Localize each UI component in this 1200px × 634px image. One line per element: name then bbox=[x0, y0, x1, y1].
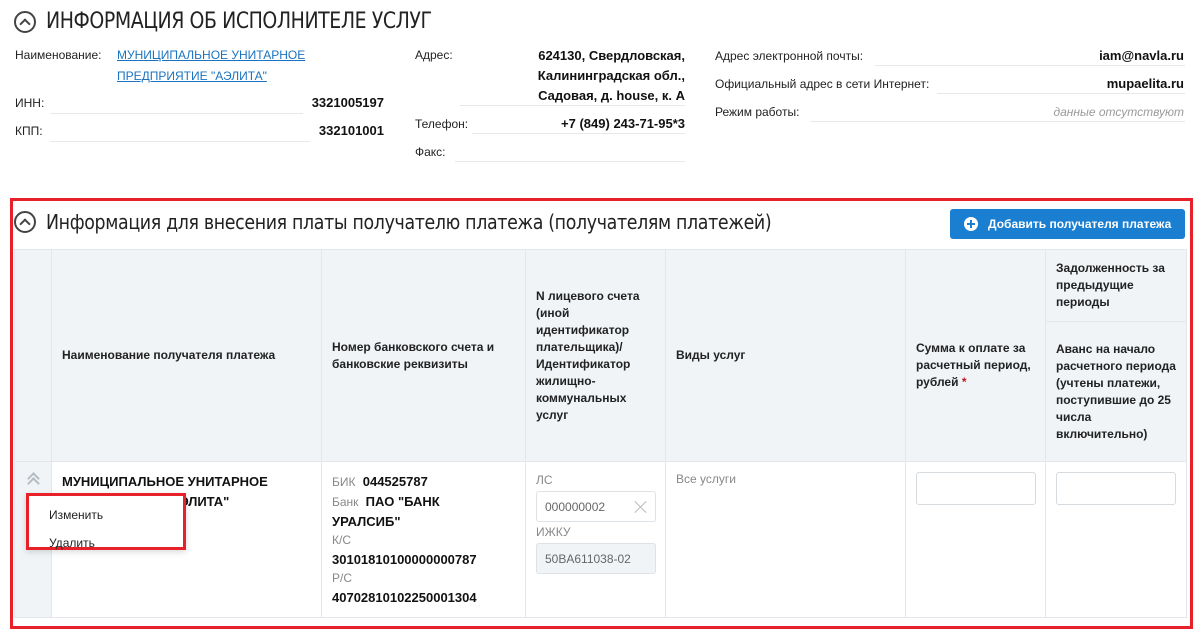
collapse-chevron-icon[interactable] bbox=[14, 211, 36, 233]
table-row: МУНИЦИПАЛЬНОЕ УНИТАРНОЕ ПРЕДПРИЯТИЕ "АЭЛ… bbox=[15, 462, 1187, 618]
column-header-account-id: N лицевого счета (иной идентификатор пла… bbox=[526, 250, 666, 462]
izhku-input[interactable]: 50BA611038-02 bbox=[536, 543, 656, 574]
ls-value: 000000002 bbox=[545, 500, 605, 514]
bank-details-cell: БИК 044525787 Банк ПАО "БАНК УРАЛСИБ" К/… bbox=[322, 462, 526, 618]
address-line: Садовая, д. house, к. А bbox=[455, 86, 685, 106]
inn-value: 3321005197 bbox=[250, 95, 384, 110]
bank-value-cont: УРАЛСИБ" bbox=[332, 512, 515, 531]
executor-name-link[interactable]: МУНИЦИПАЛЬНОЕ УНИТАРНОЕ ПРЕДПРИЯТИЕ "АЭЛ… bbox=[117, 45, 305, 87]
add-payment-recipient-label: Добавить получателя платежа bbox=[988, 217, 1171, 231]
address-line: Калининградская обл., bbox=[455, 66, 685, 86]
phone-value: +7 (849) 243-71-95*3 bbox=[500, 116, 685, 131]
expand-column-header bbox=[15, 250, 52, 462]
divider bbox=[937, 93, 1185, 94]
amount-input[interactable] bbox=[916, 472, 1036, 505]
ls-label: ЛС bbox=[536, 472, 655, 488]
divider bbox=[460, 105, 685, 106]
clear-icon[interactable] bbox=[635, 501, 647, 513]
inn-label: ИНН: bbox=[15, 96, 44, 110]
kpp-value: 332101001 bbox=[250, 123, 384, 138]
fax-label: Факс: bbox=[415, 145, 446, 159]
hours-label: Режим работы: bbox=[715, 105, 799, 119]
column-header-amount: Сумма к оплате за расчетный период, рубл… bbox=[906, 250, 1046, 462]
executor-name-line2[interactable]: ПРЕДПРИЯТИЕ "АЭЛИТА" bbox=[117, 66, 305, 87]
bik-label: БИК bbox=[332, 475, 356, 489]
executor-name-line1[interactable]: МУНИЦИПАЛЬНОЕ УНИТАРНОЕ bbox=[117, 45, 305, 66]
advance-input[interactable] bbox=[1056, 472, 1176, 505]
name-label: Наименование: bbox=[15, 48, 102, 62]
column-header-amount-text: Сумма к оплате за расчетный период, рубл… bbox=[916, 341, 1031, 389]
website-label: Официальный адрес в сети Интернет: bbox=[715, 77, 929, 91]
menu-item-delete[interactable]: Удалить bbox=[29, 529, 183, 557]
executor-section-header[interactable]: ИНФОРМАЦИЯ ОБ ИСПОЛНИТЕЛЕ УСЛУГ bbox=[14, 9, 494, 34]
column-header-services: Виды услуг bbox=[666, 250, 906, 462]
column-header-debt: Задолженность за предыдущие периоды bbox=[1046, 250, 1187, 322]
advance-cell bbox=[1046, 462, 1187, 618]
address-line: 624130, Свердловская, bbox=[455, 46, 685, 66]
izhku-label: ИЖКУ bbox=[536, 524, 655, 540]
divider bbox=[50, 141, 310, 142]
divider bbox=[810, 121, 1185, 122]
plus-circle-icon bbox=[964, 217, 978, 231]
column-header-recipient-name: Наименование получателя платежа bbox=[52, 250, 322, 462]
rs-value: 40702810102250001304 bbox=[332, 588, 515, 607]
required-mark: * bbox=[962, 375, 967, 389]
double-chevron-up-icon[interactable] bbox=[26, 472, 40, 486]
ks-value: 30101810100000000787 bbox=[332, 550, 515, 569]
bank-row: Банк ПАО "БАНК bbox=[332, 492, 515, 512]
divider bbox=[455, 161, 685, 162]
recipient-name-line: МУНИЦИПАЛЬНОЕ УНИТАРНОЕ bbox=[62, 472, 311, 492]
column-header-bank-details: Номер банковского счета и банковские рек… bbox=[322, 250, 526, 462]
column-header-advance: Аванс на начало расчетного периода (учте… bbox=[1046, 322, 1187, 462]
services-value: Все услуги bbox=[676, 472, 895, 486]
hours-value: данные отсутствуют bbox=[950, 105, 1184, 119]
divider bbox=[472, 133, 685, 134]
address-label: Адрес: bbox=[415, 48, 453, 62]
address-value: 624130, Свердловская, Калининградская об… bbox=[455, 46, 685, 106]
website-value: mupaelita.ru bbox=[950, 76, 1184, 91]
bik-row: БИК 044525787 bbox=[332, 472, 515, 492]
email-value: iam@navla.ru bbox=[950, 48, 1184, 63]
menu-item-edit[interactable]: Изменить bbox=[29, 501, 183, 529]
phone-label: Телефон: bbox=[415, 117, 468, 131]
ls-input[interactable]: 000000002 bbox=[536, 491, 656, 522]
ks-label: К/С bbox=[332, 531, 515, 550]
payment-section-header[interactable]: Информация для внесения платы получателю… bbox=[14, 210, 880, 234]
bank-value: ПАО "БАНК bbox=[366, 494, 440, 509]
collapse-chevron-icon[interactable] bbox=[14, 11, 36, 33]
services-cell: Все услуги bbox=[666, 462, 906, 618]
executor-section-title: ИНФОРМАЦИЯ ОБ ИСПОЛНИТЕЛЕ УСЛУГ bbox=[46, 9, 432, 34]
kpp-label: КПП: bbox=[15, 124, 43, 138]
bik-value: 044525787 bbox=[363, 474, 428, 489]
row-context-menu: Изменить Удалить bbox=[26, 493, 186, 550]
account-id-cell: ЛС 000000002 ИЖКУ 50BA611038-02 bbox=[526, 462, 666, 618]
email-label: Адрес электронной почты: bbox=[715, 49, 863, 63]
add-payment-recipient-button[interactable]: Добавить получателя платежа bbox=[950, 209, 1185, 239]
divider bbox=[875, 65, 1185, 66]
bank-label: Банк bbox=[332, 495, 358, 509]
divider bbox=[50, 113, 303, 114]
payment-section-title: Информация для внесения платы получателю… bbox=[46, 210, 771, 234]
rs-label: Р/С bbox=[332, 569, 515, 588]
payment-recipients-table: Наименование получателя платежа Номер ба… bbox=[14, 249, 1187, 618]
izhku-value: 50BA611038-02 bbox=[545, 552, 631, 566]
amount-cell bbox=[906, 462, 1046, 618]
